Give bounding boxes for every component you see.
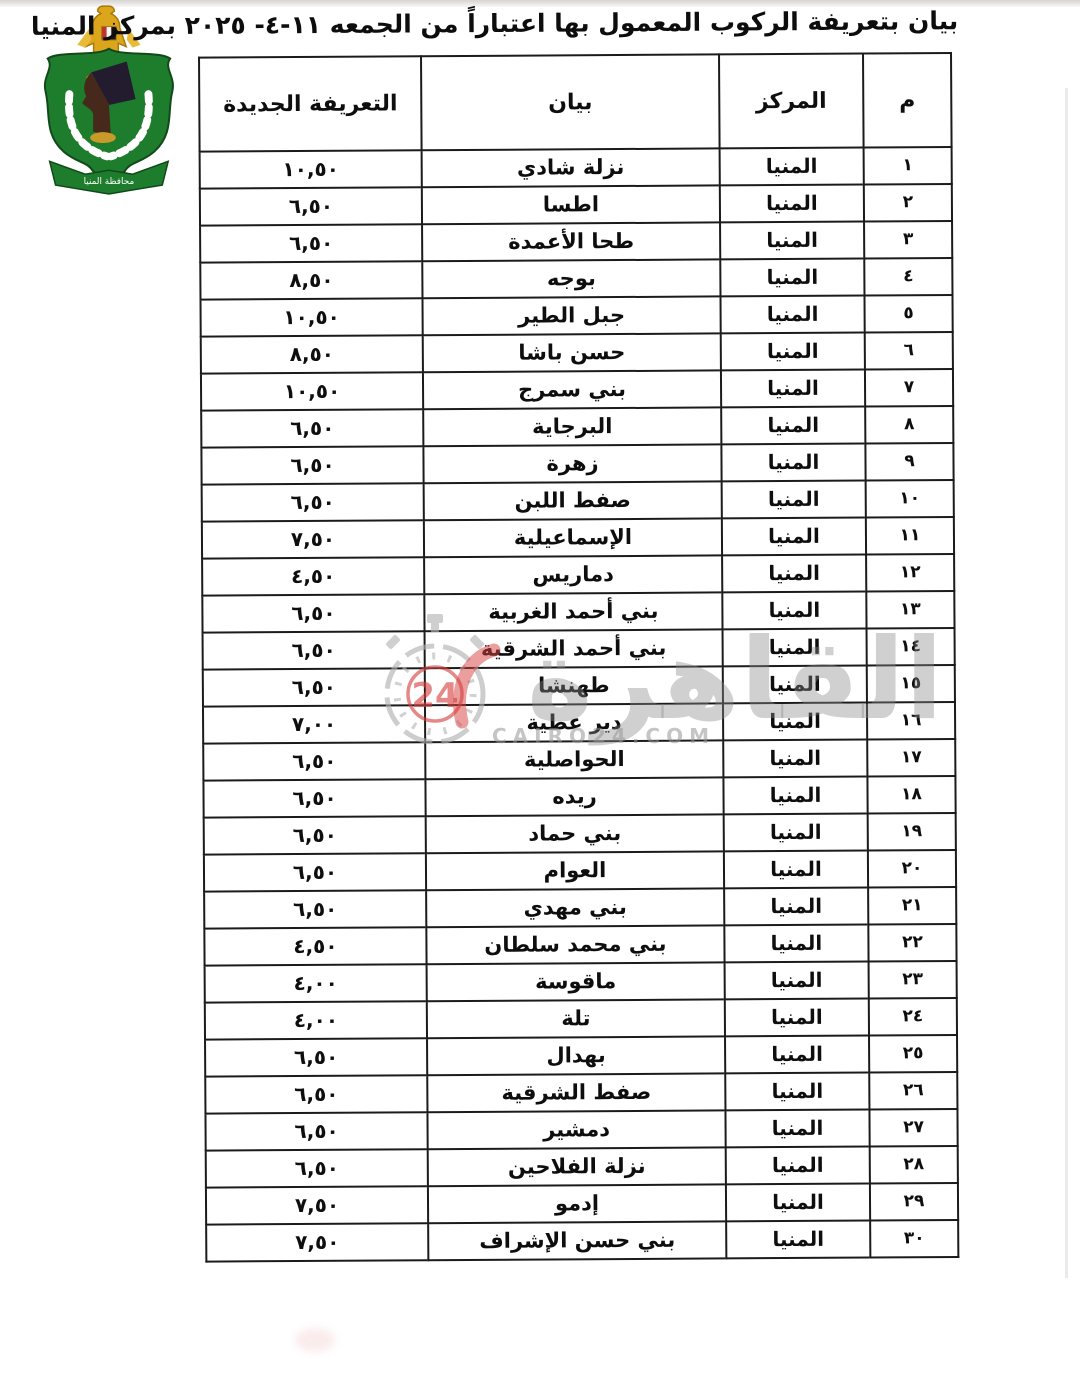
cell-center: المنيا — [720, 222, 864, 260]
cell-fare: ٦,٥٠ — [201, 409, 423, 447]
table-row: ٣المنياطحا الأعمدة٦,٥٠ — [200, 221, 952, 263]
cell-num: ١٠ — [866, 480, 954, 518]
cell-fare: ٦,٥٠ — [203, 779, 425, 817]
cell-name: طهنشا — [425, 666, 723, 705]
table-row: ١٢المنيادماريس٤,٥٠ — [202, 554, 954, 596]
table-row: ٢٣المنياماقوسة٤,٠٠ — [205, 961, 957, 1003]
cell-fare: ٦,٥٠ — [204, 816, 426, 854]
header-row: م المركز بيان التعريفة الجديدة — [199, 53, 952, 152]
cell-fare: ٨,٥٠ — [200, 261, 422, 299]
cell-center: المنيا — [722, 555, 866, 593]
table-row: ٦المنياحسن باشا٨,٥٠ — [201, 332, 953, 374]
table-row: ١١المنياالإسماعيلية٧,٥٠ — [202, 517, 954, 559]
cell-fare: ٧,٥٠ — [206, 1223, 428, 1261]
cell-center: المنيا — [720, 148, 864, 186]
table-row: ٣٠المنيابني حسن الإشراف٧,٥٠ — [206, 1220, 958, 1262]
cell-name: بني محمد سلطان — [426, 925, 724, 964]
cell-num: ٧ — [865, 369, 953, 407]
cell-num: ١١ — [866, 517, 954, 555]
cell-fare: ٤,٠٠ — [205, 964, 427, 1002]
table-row: ٢٥المنيابهدال٦,٥٠ — [205, 1035, 957, 1077]
table-row: ١٨المنياريده٦,٥٠ — [203, 776, 955, 818]
cell-center: المنيا — [721, 333, 865, 371]
cell-center: المنيا — [720, 296, 864, 334]
cell-center: المنيا — [725, 1073, 869, 1111]
table-row: ٢٢المنيابني محمد سلطان٤,٥٠ — [204, 924, 956, 966]
cell-num: ١ — [864, 147, 952, 185]
cell-fare: ٤,٥٠ — [204, 927, 426, 965]
table-row: ١٧المنياالحواصلية٦,٥٠ — [203, 739, 955, 781]
cell-fare: ٧,٠٠ — [203, 705, 425, 743]
cell-center: المنيا — [721, 444, 865, 482]
cell-fare: ٦,٥٠ — [202, 483, 424, 521]
cell-fare: ١٠,٥٠ — [201, 372, 423, 410]
cell-name: حسن باشا — [423, 333, 721, 372]
cell-name: العوام — [426, 851, 724, 890]
table-row: ٢١المنيابني مهدي٦,٥٠ — [204, 887, 956, 929]
cell-name: بني حماد — [426, 814, 724, 853]
cell-name: دير عطية — [425, 703, 723, 742]
cell-center: المنيا — [726, 1147, 870, 1185]
cell-name: بوجه — [422, 259, 720, 298]
cell-num: ١٣ — [866, 591, 954, 629]
table-row: ٢٨المنيانزلة الفلاحين٦,٥٠ — [206, 1146, 958, 1188]
cell-num: ١٢ — [866, 554, 954, 592]
cell-name: دماريس — [424, 555, 722, 594]
cell-name: طحا الأعمدة — [422, 222, 720, 261]
cell-center: المنيا — [723, 740, 867, 778]
fare-table: م المركز بيان التعريفة الجديدة ١المنيانز… — [198, 52, 959, 1263]
cell-center: المنيا — [726, 1221, 870, 1259]
table-row: ٢المنيااطسا٦,٥٠ — [200, 184, 952, 226]
cell-num: ١٨ — [867, 776, 955, 814]
cell-name: البرجاية — [423, 407, 721, 446]
cell-name: دمشير — [427, 1110, 725, 1149]
cell-fare: ٦,٥٠ — [205, 1075, 427, 1113]
table-row: ٩المنيازهرة٦,٥٠ — [201, 443, 953, 485]
cell-fare: ٦,٥٠ — [204, 853, 426, 891]
cell-center: المنيا — [723, 629, 867, 667]
cell-num: ٢٤ — [869, 998, 957, 1036]
cell-center: المنيا — [724, 888, 868, 926]
cell-center: المنيا — [724, 925, 868, 963]
cell-name: صفط الشرقية — [427, 1073, 725, 1112]
ribbon-text: محافظة المنيا — [84, 177, 135, 187]
cell-center: المنيا — [723, 777, 867, 815]
table-row: ١٣المنيابني أحمد الغربية٦,٥٠ — [202, 591, 954, 633]
cell-fare: ٦,٥٠ — [203, 742, 425, 780]
cell-num: ١٦ — [867, 702, 955, 740]
cell-name: بني سمرج — [423, 370, 721, 409]
cell-num: ٩ — [865, 443, 953, 481]
cell-name: بني أحمد الشرقية — [425, 629, 723, 668]
cell-center: المنيا — [723, 666, 867, 704]
cell-name: نزلة الفلاحين — [428, 1147, 726, 1186]
cell-center: المنيا — [723, 703, 867, 741]
page-title: بيان بتعريفة الركوب المعمول بها اعتباراً… — [31, 6, 958, 41]
cell-name: جبل الطير — [422, 296, 720, 335]
cell-num: ٢٧ — [869, 1109, 957, 1147]
cell-num: ٢١ — [868, 887, 956, 925]
cell-fare: ٦,٥٠ — [201, 446, 423, 484]
cell-fare: ٦,٥٠ — [202, 594, 424, 632]
cell-num: ٢٢ — [868, 924, 956, 962]
photo-smudge — [295, 1328, 335, 1352]
table-row: ٧المنيابني سمرج١٠,٥٠ — [201, 369, 953, 411]
cell-num: ٥ — [864, 295, 952, 333]
cell-name: نزلة شادي — [422, 148, 720, 187]
cell-name: بني حسن الإشراف — [428, 1221, 726, 1260]
cell-fare: ٧,٥٠ — [206, 1186, 428, 1224]
cell-num: ٤ — [864, 258, 952, 296]
cell-center: المنيا — [725, 962, 869, 1000]
cell-fare: ٧,٥٠ — [202, 520, 424, 558]
cell-name: بهدال — [427, 1036, 725, 1075]
cell-center: المنيا — [725, 1110, 869, 1148]
cell-num: ٢٨ — [870, 1146, 958, 1184]
cell-fare: ١٠,٥٠ — [200, 298, 422, 336]
cell-name: صفط اللبن — [424, 481, 722, 520]
cell-center: المنيا — [726, 1184, 870, 1222]
cell-fare: ١٠,٥٠ — [200, 150, 422, 188]
cell-name: إدمو — [428, 1184, 726, 1223]
table-row: ٢٤المنياتلة٤,٠٠ — [205, 998, 957, 1040]
cell-center: المنيا — [721, 370, 865, 408]
cell-name: زهرة — [423, 444, 721, 483]
cell-name: ماقوسة — [427, 962, 725, 1001]
table-row: ٢٠المنياالعوام٦,٥٠ — [204, 850, 956, 892]
cell-name: الحواصلية — [425, 740, 723, 779]
cell-center: المنيا — [724, 851, 868, 889]
cell-fare: ٦,٥٠ — [206, 1149, 428, 1187]
cell-name: تلة — [427, 999, 725, 1038]
fare-table-body: ١المنيانزلة شادي١٠,٥٠٢المنيااطسا٦,٥٠٣الم… — [200, 147, 959, 1262]
cell-fare: ٦,٥٠ — [203, 631, 425, 669]
table-row: ١٠المنياصفط اللبن٦,٥٠ — [202, 480, 954, 522]
table-row: ١٦المنيادير عطية٧,٠٠ — [203, 702, 955, 744]
table-row: ١المنيانزلة شادي١٠,٥٠ — [200, 147, 952, 189]
cell-center: المنيا — [721, 407, 865, 445]
table-row: ١٤المنيابني أحمد الشرقية٦,٥٠ — [203, 628, 955, 670]
cell-num: ٢٣ — [869, 961, 957, 999]
cell-num: ٣ — [864, 221, 952, 259]
table-row: ١٥المنياطهنشا٦,٥٠ — [203, 665, 955, 707]
cell-center: المنيا — [720, 259, 864, 297]
fare-table-wrap: م المركز بيان التعريفة الجديدة ١المنيانز… — [198, 52, 959, 1263]
header-center: المركز — [719, 54, 864, 149]
cell-num: ٢٠ — [868, 850, 956, 888]
header-num: م — [863, 53, 952, 148]
cell-fare: ٤,٥٠ — [202, 557, 424, 595]
cell-center: المنيا — [722, 481, 866, 519]
header-fare: التعريفة الجديدة — [199, 56, 422, 151]
cell-num: ١٩ — [868, 813, 956, 851]
table-row: ٨المنياالبرجاية٦,٥٠ — [201, 406, 953, 448]
cell-name: ريده — [425, 777, 723, 816]
cell-num: ٢٩ — [870, 1183, 958, 1221]
cell-center: المنيا — [725, 999, 869, 1037]
table-row: ٢٧المنيادمشير٦,٥٠ — [205, 1109, 957, 1151]
cell-name: بني أحمد الغربية — [424, 592, 722, 631]
cell-num: ١٧ — [867, 739, 955, 777]
cell-fare: ٤,٠٠ — [205, 1001, 427, 1039]
cell-center: المنيا — [725, 1036, 869, 1074]
cell-num: ٢٦ — [869, 1072, 957, 1110]
table-row: ٤المنيابوجه٨,٥٠ — [200, 258, 952, 300]
cell-num: ١٥ — [867, 665, 955, 703]
table-row: ١٩المنيابني حماد٦,٥٠ — [204, 813, 956, 855]
cell-fare: ٨,٥٠ — [201, 335, 423, 373]
cell-fare: ٦,٥٠ — [200, 224, 422, 262]
cell-num: ٦ — [865, 332, 953, 370]
cell-name: اطسا — [422, 185, 720, 224]
header-statement: بيان — [421, 54, 720, 150]
cell-fare: ٦,٥٠ — [203, 668, 425, 706]
cell-center: المنيا — [724, 814, 868, 852]
table-row: ٢٩المنياإدمو٧,٥٠ — [206, 1183, 958, 1225]
cell-name: بني مهدي — [426, 888, 724, 927]
cell-center: المنيا — [720, 185, 864, 223]
table-row: ٥المنياجبل الطير١٠,٥٠ — [200, 295, 952, 337]
cell-center: المنيا — [722, 592, 866, 630]
cell-fare: ٦,٥٠ — [204, 890, 426, 928]
cell-name: الإسماعيلية — [424, 518, 722, 557]
cell-num: ٢٥ — [869, 1035, 957, 1073]
cell-num: ١٤ — [867, 628, 955, 666]
cell-num: ٨ — [865, 406, 953, 444]
cell-num: ٢ — [864, 184, 952, 222]
cell-fare: ٦,٥٠ — [205, 1038, 427, 1076]
cell-fare: ٦,٥٠ — [200, 187, 422, 225]
cell-fare: ٦,٥٠ — [205, 1112, 427, 1150]
cell-num: ٣٠ — [870, 1220, 958, 1258]
table-row: ٢٦المنياصفط الشرقية٦,٥٠ — [205, 1072, 957, 1114]
photo-edge-right — [1065, 88, 1068, 1278]
cell-center: المنيا — [722, 518, 866, 556]
